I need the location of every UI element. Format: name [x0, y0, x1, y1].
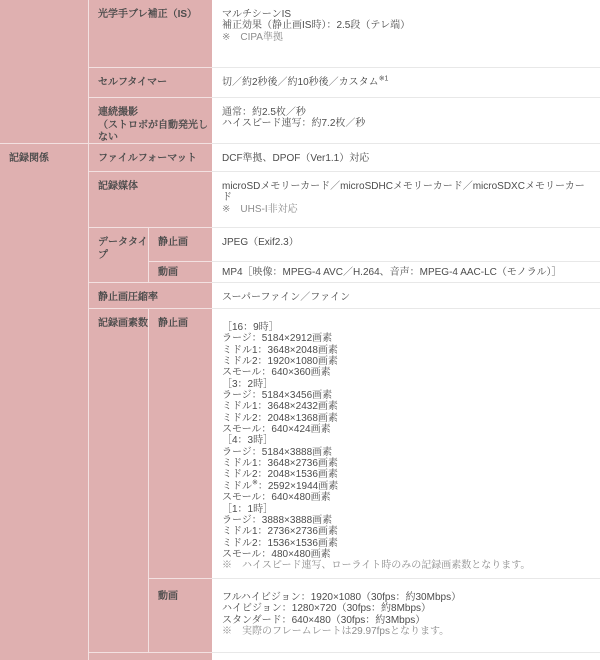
self-timer-footnote-marker: ※1: [379, 76, 389, 83]
spec-value-recording-pixels-movie: フルハイビジョン：1920×1080（30fps：約30Mbps） ハイビジョン…: [212, 578, 600, 652]
partial-next-row-value-cell: [212, 652, 600, 660]
self-timer-value: 切／約2秒後／約10秒後／カスタム: [222, 77, 379, 88]
spec-value-recording-pixels-still: ［16：9時］ ラージ：5184×2912画素 ミドル1：3648×2048画素…: [212, 308, 600, 578]
spec-label-optical-is: 光学手ブレ補正（IS）: [88, 0, 212, 67]
recording-media-note: ※ UHS-I非対応: [222, 204, 592, 215]
spec-value-self-timer: 切／約2秒後／約10秒後／カスタム※1: [212, 67, 600, 97]
spec-sublabel-data-type-still: 静止画: [148, 227, 212, 261]
pixels-still-middle-pre: ミドル: [222, 481, 252, 492]
spec-sublabel-recording-pixels-movie: 動画: [148, 578, 212, 652]
optical-is-value: マルチシーンIS 補正効果（静止画IS時）：2.5段（テレ端）: [222, 9, 410, 31]
spec-value-data-type-still: JPEG（Exif2.3）: [212, 227, 600, 261]
spec-value-data-type-movie: MP4［映像：MPEG-4 AVC／H.264、音声：MPEG-4 AAC-LC…: [212, 261, 600, 282]
partial-next-row-label-cell: [88, 652, 212, 660]
spec-sublabel-recording-pixels-still: 静止画: [148, 308, 212, 578]
spec-sublabel-data-type-movie: 動画: [148, 261, 212, 282]
spec-label-data-type: データタイプ: [88, 227, 148, 282]
spec-label-recording-media: 記録媒体: [88, 171, 212, 227]
spec-label-recording-pixels: 記録画素数: [88, 308, 148, 652]
spec-value-still-compression: スーパーファイン／ファイン: [212, 282, 600, 308]
pixels-still-part-a: ［16：9時］ ラージ：5184×2912画素 ミドル1：3648×2048画素…: [222, 322, 338, 480]
spec-value-continuous-shooting: 通常：約2.5枚／秒 ハイスピード連写：約7.2枚／秒: [212, 97, 600, 143]
spec-value-recording-media: microSDメモリーカード／microSDHCメモリーカード／microSDX…: [212, 171, 600, 227]
spec-label-file-format: ファイルフォーマット: [88, 143, 212, 171]
section-cell-recording: 記録関係: [0, 143, 88, 660]
spec-value-optical-is: マルチシーンIS 補正効果（静止画IS時）：2.5段（テレ端）※ CIPA準拠: [212, 0, 600, 67]
section-cell-previous: [0, 0, 88, 143]
optical-is-note: ※ CIPA準拠: [222, 32, 592, 43]
spec-label-self-timer: セルフタイマー: [88, 67, 212, 97]
spec-label-continuous-shooting: 連続撮影 （ストロボが自動発光しない 明るさにおいて）: [88, 97, 212, 143]
pixels-still-part-b: スモール：640×480画素 ［1：1時］ ラージ：3888×3888画素 ミド…: [222, 492, 338, 560]
spec-label-still-compression: 静止画圧縮率: [88, 282, 212, 308]
pixels-still-middle-post: ：2592×1944画素: [258, 481, 338, 492]
pixels-still-note: ※ ハイスピード連写、ローライト時のみの記録画素数となります。: [222, 560, 592, 571]
pixels-movie-value: フルハイビジョン：1920×1080（30fps：約30Mbps） ハイビジョン…: [222, 592, 461, 626]
recording-media-value: microSDメモリーカード／microSDHCメモリーカード／microSDX…: [222, 181, 585, 203]
pixels-movie-note: ※ 実際のフレームレートは29.97fpsとなります。: [222, 626, 592, 637]
spec-value-file-format: DCF準拠、DPOF（Ver1.1）対応: [212, 143, 600, 171]
camera-spec-table: 記録関係 光学手ブレ補正（IS） マルチシーンIS 補正効果（静止画IS時）：2…: [0, 0, 600, 660]
